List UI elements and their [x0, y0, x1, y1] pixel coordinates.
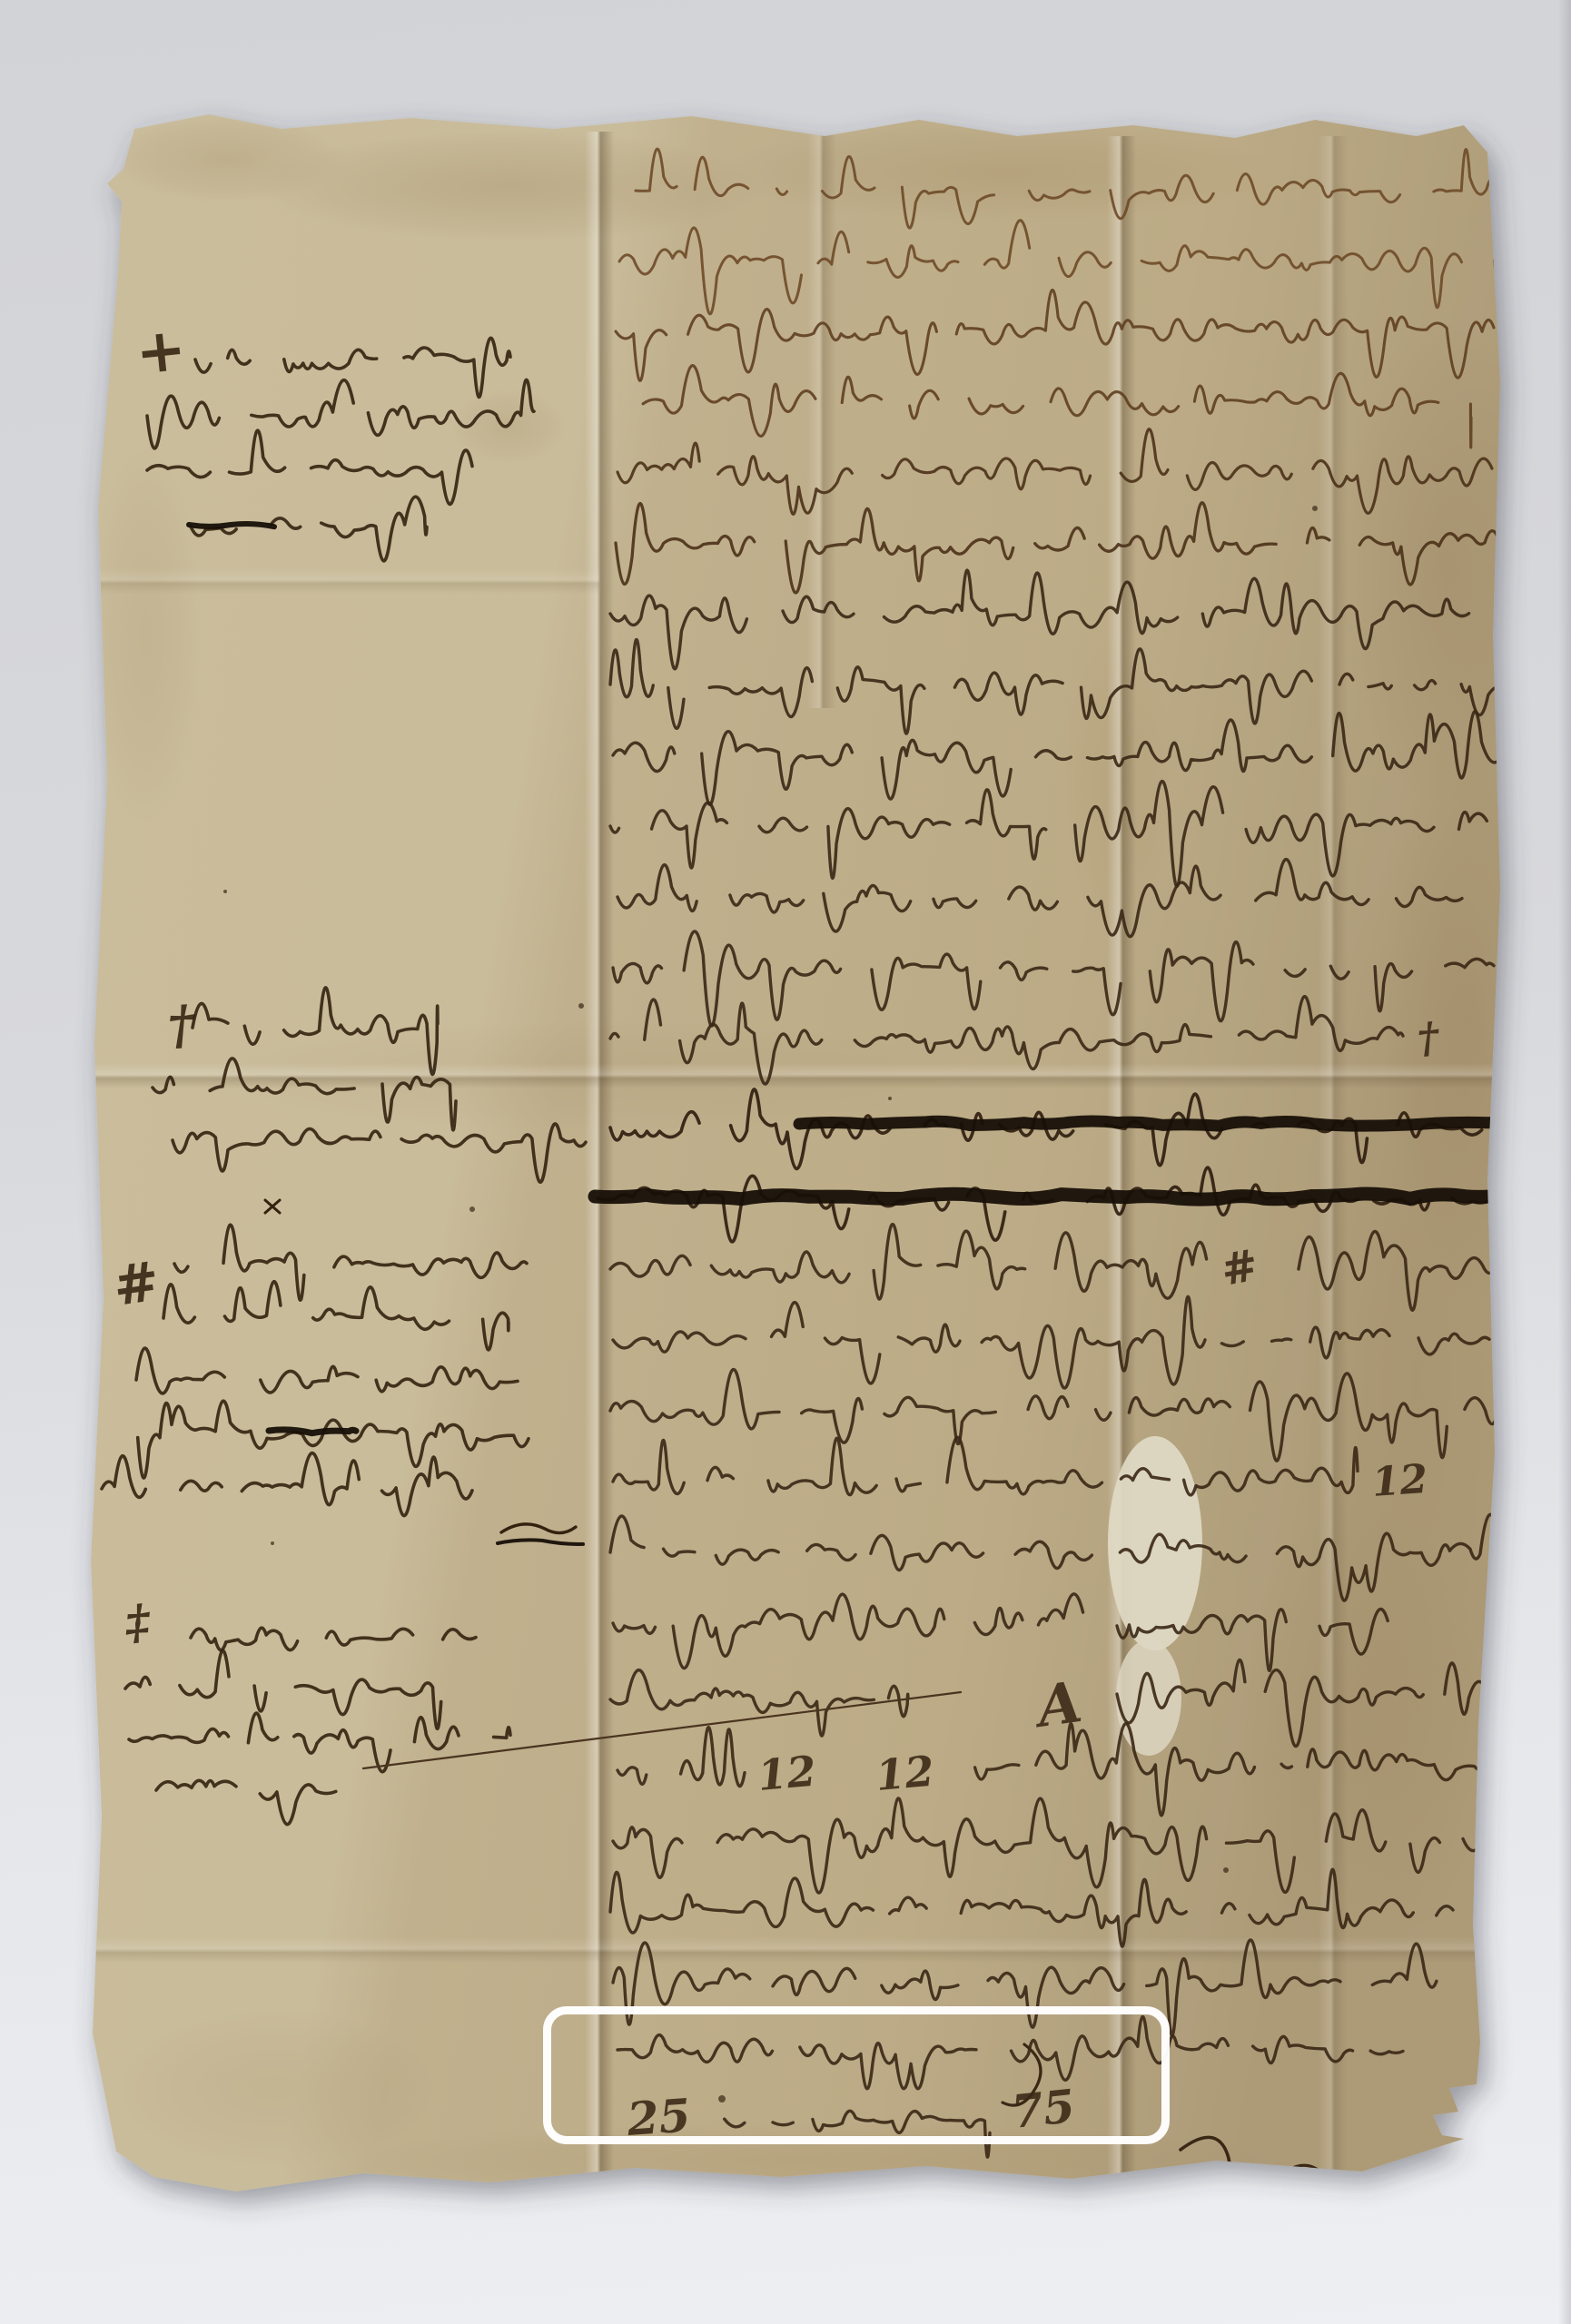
ink-flourish — [1270, 2165, 1328, 2188]
ink-speck — [1223, 1867, 1229, 1873]
ink-speck — [271, 1541, 274, 1545]
manuscript-paper: +†#‡†#A1212122575 — [89, 114, 1556, 2239]
ink-speck — [1312, 506, 1318, 511]
legible-glyph: 12 — [1370, 1456, 1429, 1506]
vertical-crease — [585, 132, 614, 2174]
ink-speck — [578, 1003, 584, 1009]
horizontal-crease — [95, 568, 599, 594]
legible-glyph: + — [133, 313, 190, 389]
stain — [345, 2122, 1289, 2199]
backdrop-edge-shadow — [1558, 0, 1571, 2324]
legible-glyph: 75 — [1009, 2079, 1077, 2139]
strikethrough-ink — [269, 1430, 356, 1433]
legible-glyph: 12 — [874, 1747, 935, 1800]
repair-patch — [1116, 1640, 1181, 1756]
ink-speck — [888, 1097, 892, 1100]
horizontal-crease — [95, 1937, 1480, 1963]
vertical-crease — [1107, 136, 1136, 2179]
vertical-crease — [807, 127, 836, 708]
ink-speck — [469, 1206, 475, 1212]
stain — [89, 445, 202, 826]
legible-glyph: # — [109, 1250, 163, 1319]
stain — [109, 115, 345, 202]
stain — [1339, 318, 1548, 808]
strikethrough-ink — [799, 1121, 1544, 1126]
legible-glyph: 25 — [625, 2088, 693, 2146]
photo-of-manuscript: +†#‡†#A1212122575 — [0, 0, 1571, 2324]
ink-speck — [223, 890, 227, 893]
manuscript-scene: +†#‡†#A1212122575 — [0, 0, 1571, 2324]
stain — [717, 123, 1280, 222]
stain — [109, 2006, 436, 2170]
strikethrough-ink — [189, 524, 274, 527]
ink-speck — [718, 2095, 726, 2102]
stain — [1235, 1498, 1489, 1970]
strikethrough-ink — [595, 1194, 1548, 1199]
legible-glyph: 12 — [756, 1747, 817, 1800]
